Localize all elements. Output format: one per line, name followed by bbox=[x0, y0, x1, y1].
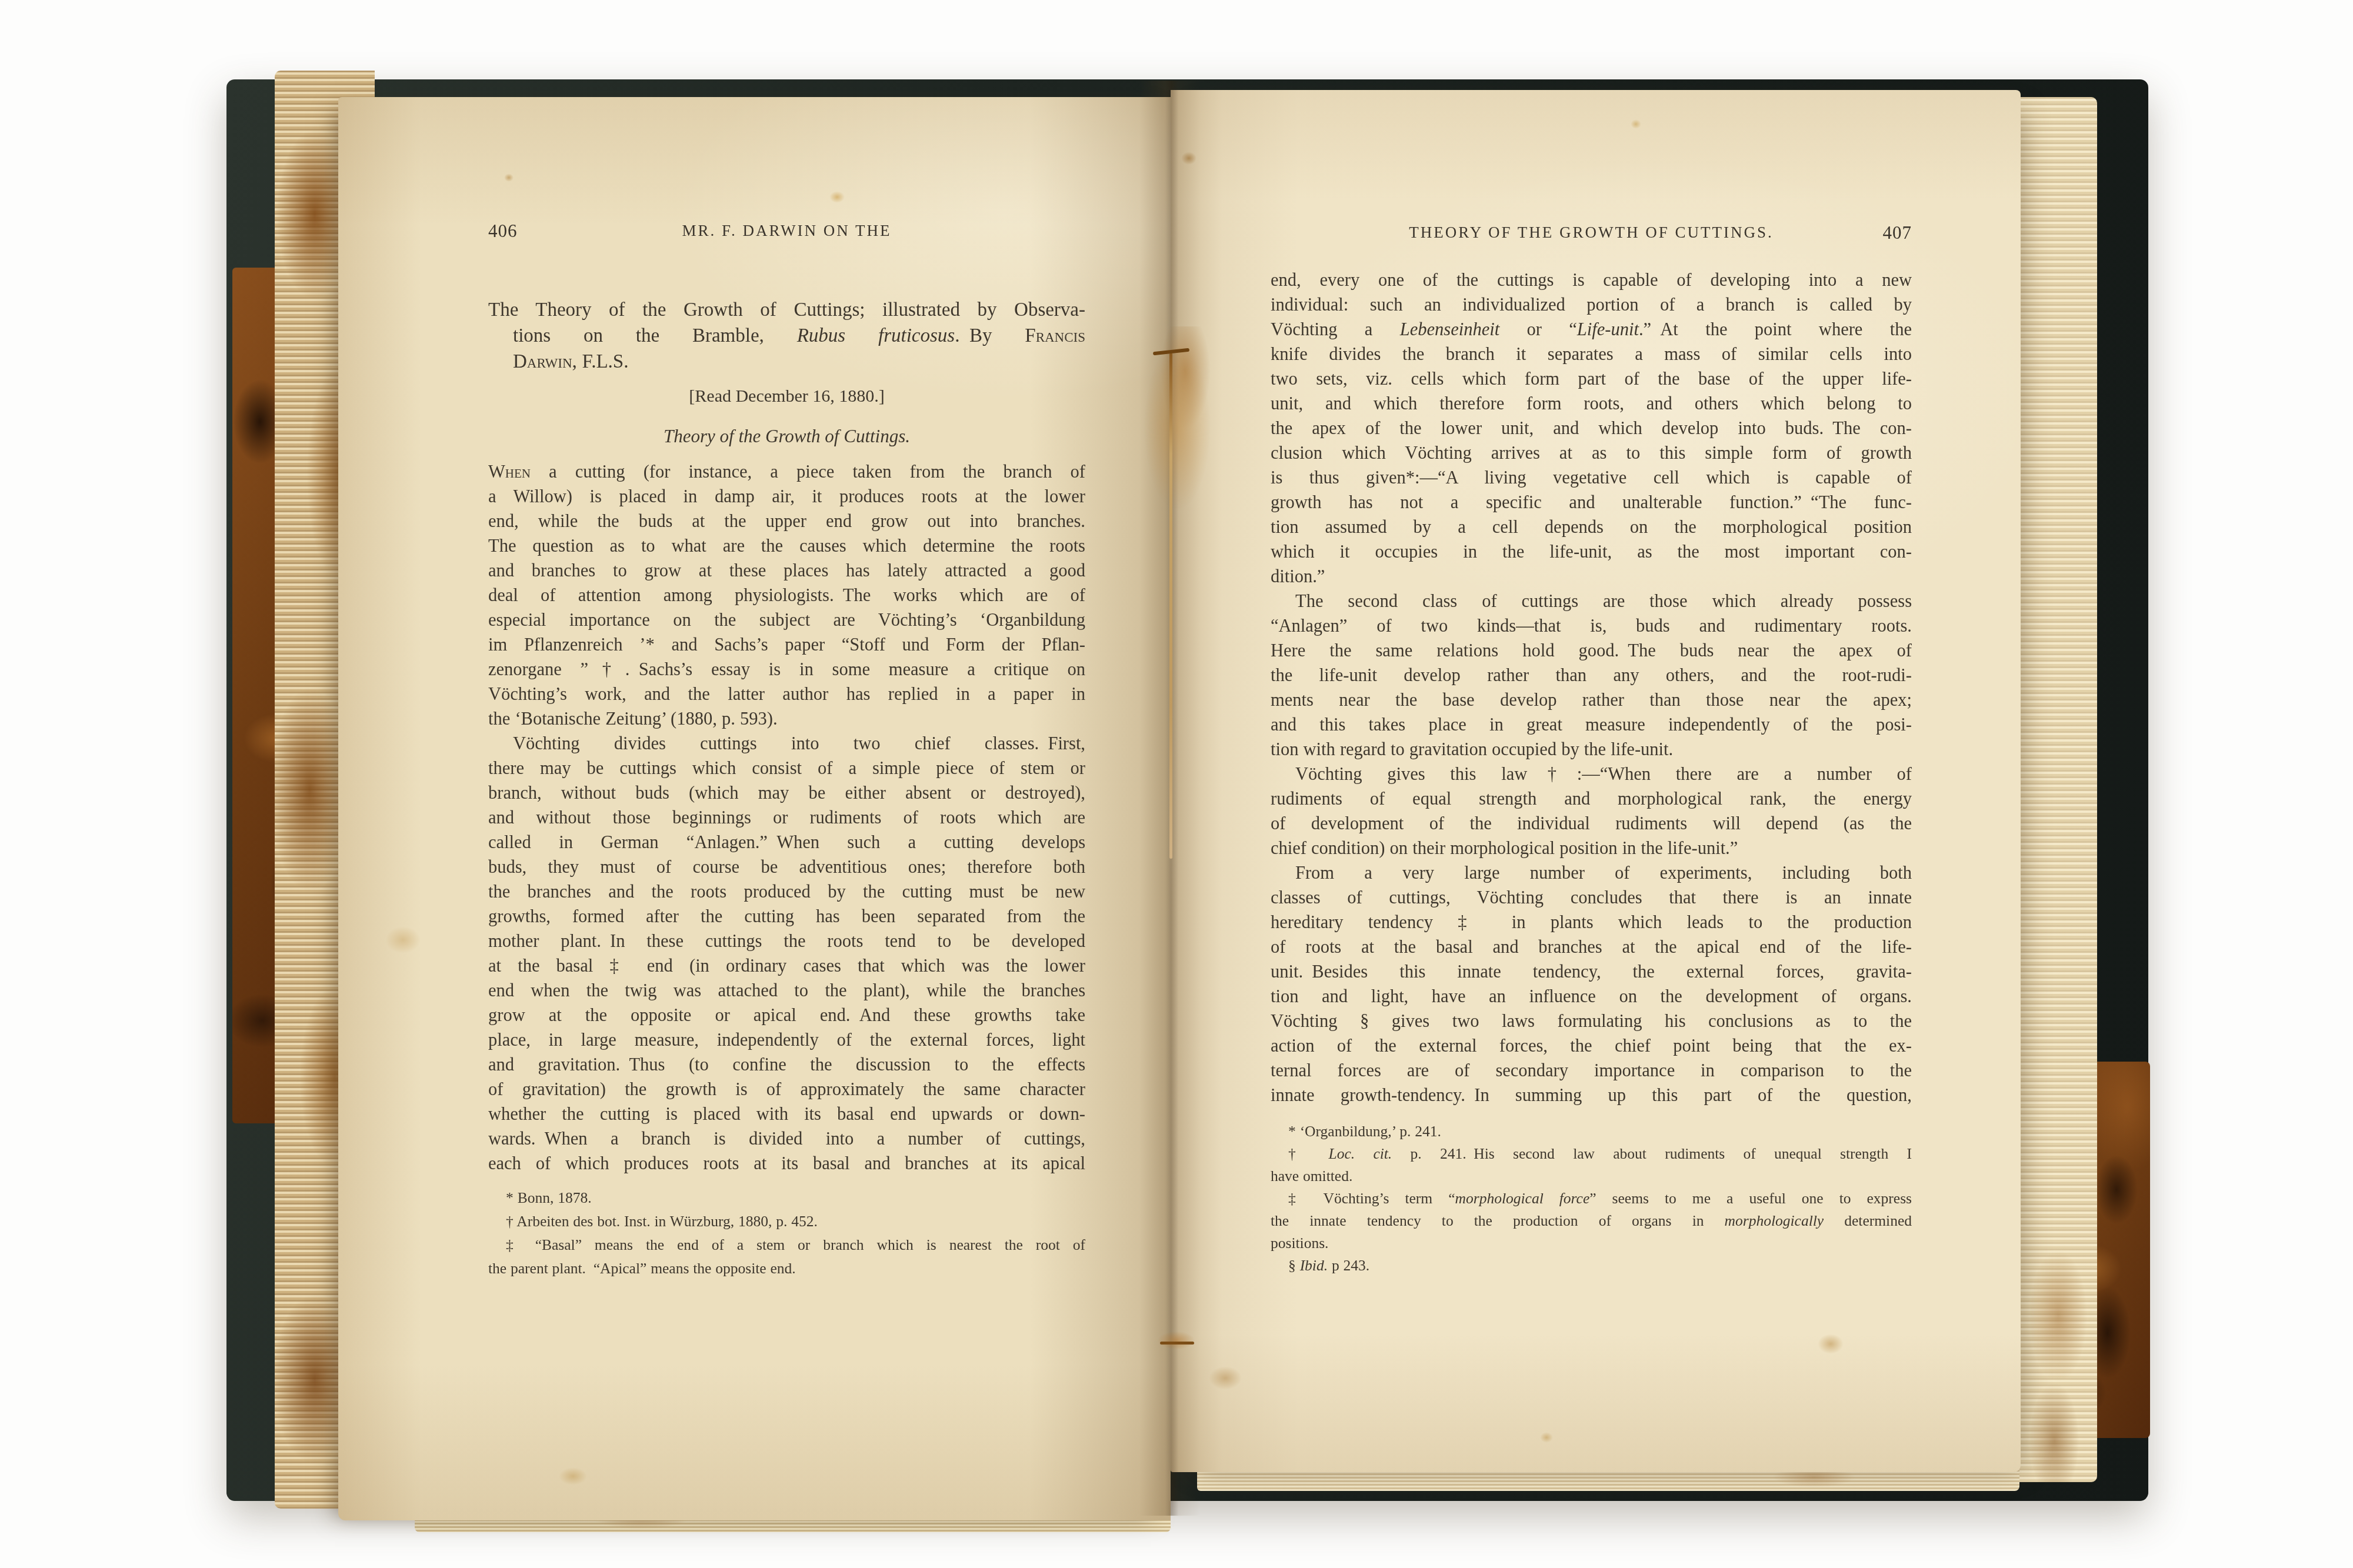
text-line: Vöchting § gives two laws formulating hi… bbox=[1271, 1009, 1912, 1033]
text-line: clusion which Vöchting arrives at as to … bbox=[1271, 441, 1912, 465]
text-line: end, while the buds at the upper end gro… bbox=[488, 509, 1085, 533]
text-line: at the basal ‡ end (in ordinary cases th… bbox=[488, 953, 1085, 978]
paragraph: ‡ Vöchting’s term “morphological force” … bbox=[1271, 1187, 1912, 1255]
text-line: When a cutting (for instance, a piece ta… bbox=[488, 459, 1085, 484]
text-line: † Arbeiten des bot. Inst. in Würzburg, 1… bbox=[488, 1210, 1085, 1233]
foxing-spot bbox=[829, 191, 845, 203]
paragraph: When a cutting (for instance, a piece ta… bbox=[488, 459, 1085, 731]
text-line: deal of attention among physiologists. T… bbox=[488, 583, 1085, 608]
text-line: there may be cuttings which consist of a… bbox=[488, 756, 1085, 780]
paragraph: end, every one of the cuttings is capabl… bbox=[1271, 268, 1912, 589]
article-title: The Theory of the Growth of Cuttings; il… bbox=[488, 297, 1085, 375]
binding-thread-top bbox=[1135, 326, 1235, 885]
left-page-text: 406 MR. F. DARWIN ON THE The Theory of t… bbox=[488, 221, 1085, 1280]
text-line: § Ibid. p 243. bbox=[1271, 1255, 1912, 1277]
text-line: tion with regard to gravitation occupied… bbox=[1271, 737, 1912, 762]
text-line: place, in large measure, independently o… bbox=[488, 1027, 1085, 1052]
text-line: the innate tendency to the production of… bbox=[1271, 1210, 1912, 1232]
foxing-spot bbox=[385, 926, 421, 953]
text-line: end when the twig was attached to the pl… bbox=[488, 978, 1085, 1003]
text-line: especial importance on the subject are V… bbox=[488, 608, 1085, 632]
right-page: THEORY OF THE GROWTH OF CUTTINGS. 407 en… bbox=[1171, 90, 2021, 1472]
text-line: branch, without buds (which may be eithe… bbox=[488, 780, 1085, 805]
paragraph: * ‘Organbildung,’ p. 241. bbox=[1271, 1120, 1912, 1143]
text-line: ments near the base develop rather than … bbox=[1271, 688, 1912, 712]
paragraph: § Ibid. p 243. bbox=[1271, 1255, 1912, 1277]
paragraph: The second class of cuttings are those w… bbox=[1271, 589, 1912, 762]
text-line: Vöchting a Lebenseinheit or “Life-unit.”… bbox=[1271, 317, 1912, 342]
text-line: the parent plant. “Apical” means the opp… bbox=[488, 1257, 1085, 1280]
foxing-spot bbox=[559, 1467, 587, 1485]
paragraph: ‡ “Basal” means the end of a stem or bra… bbox=[488, 1233, 1085, 1280]
text-line: called in German “Anlagen.” When such a … bbox=[488, 830, 1085, 855]
text-line: From a very large number of experiments,… bbox=[1271, 860, 1912, 885]
text-line: Vöchting divides cuttings into two chief… bbox=[488, 731, 1085, 756]
binding-thread-bottom bbox=[1147, 1326, 1212, 1362]
paragraph: Vöchting gives this law†:—“When there ar… bbox=[1271, 762, 1912, 860]
foxing-spot bbox=[1209, 1366, 1242, 1390]
text-line: and without those beginnings or rudiment… bbox=[488, 805, 1085, 830]
text-line: ‡ Vöchting’s term “morphological force” … bbox=[1271, 1187, 1912, 1210]
text-line: tion and light, have an influence on the… bbox=[1271, 984, 1912, 1009]
text-line: the apex of the lower unit, and which de… bbox=[1271, 416, 1912, 441]
running-header-right: THEORY OF THE GROWTH OF CUTTINGS. bbox=[1409, 223, 1774, 242]
text-line: and gravitation. Thus (to confine the di… bbox=[488, 1052, 1085, 1077]
text-line: the ‘Botanische Zeitung’ (1880, p. 593). bbox=[488, 706, 1085, 731]
left-page: 406 MR. F. DARWIN ON THE The Theory of t… bbox=[338, 97, 1171, 1520]
text-line: hereditary tendency ‡ in plants which le… bbox=[1271, 910, 1912, 935]
text-line: whether the cutting is placed with its b… bbox=[488, 1102, 1085, 1126]
body-text-left: When a cutting (for instance, a piece ta… bbox=[488, 459, 1085, 1176]
foxing-spot bbox=[1818, 1334, 1844, 1354]
text-line: Vöchting gives this law†:—“When there ar… bbox=[1271, 762, 1912, 786]
photo-background: 406 MR. F. DARWIN ON THE The Theory of t… bbox=[0, 0, 2353, 1568]
text-line: mother plant. In these cuttings the root… bbox=[488, 929, 1085, 953]
text-line: classes of cuttings, Vöchting concludes … bbox=[1271, 885, 1912, 910]
text-line: “Anlagen” of two kinds—that is, buds and… bbox=[1271, 613, 1912, 638]
open-book: 406 MR. F. DARWIN ON THE The Theory of t… bbox=[226, 15, 2159, 1551]
text-line: zenorgane ”†. Sachs’s essay is in some m… bbox=[488, 657, 1085, 682]
text-line: The question as to what are the causes w… bbox=[488, 533, 1085, 558]
text-line: The Theory of the Growth of Cuttings; il… bbox=[488, 297, 1085, 323]
text-line: growths, formed after the cutting has be… bbox=[488, 904, 1085, 929]
page-number-left: 406 bbox=[488, 221, 518, 242]
text-line: growth has not a specific and unalterabl… bbox=[1271, 490, 1912, 515]
text-line: The second class of cuttings are those w… bbox=[1271, 589, 1912, 613]
text-line: unit. Besides this innate tendency, the … bbox=[1271, 959, 1912, 984]
text-line: which it occupies in the life-unit, as t… bbox=[1271, 539, 1912, 564]
right-page-text: THEORY OF THE GROWTH OF CUTTINGS. 407 en… bbox=[1271, 222, 1912, 1277]
text-line: of gravitation) the growth is of approxi… bbox=[488, 1077, 1085, 1102]
text-line: positions. bbox=[1271, 1232, 1912, 1255]
text-line: the life-unit develop rather than any ot… bbox=[1271, 663, 1912, 688]
foxing-spot bbox=[1181, 152, 1197, 165]
text-line: rudiments of equal strength and morpholo… bbox=[1271, 786, 1912, 811]
text-line: † Loc. cit. p. 241. His second law about… bbox=[1271, 1143, 1912, 1165]
text-line: tions on the Bramble, Rubus fruticosus. … bbox=[488, 323, 1085, 349]
left-page-header: 406 MR. F. DARWIN ON THE bbox=[488, 221, 1085, 242]
paragraph: † Arbeiten des bot. Inst. in Würzburg, 1… bbox=[488, 1210, 1085, 1233]
right-page-header: THEORY OF THE GROWTH OF CUTTINGS. 407 bbox=[1271, 222, 1912, 243]
paragraph: † Loc. cit. p. 241. His second law about… bbox=[1271, 1143, 1912, 1187]
text-line: the branches and the roots produced by t… bbox=[488, 879, 1085, 904]
text-line: of development of the individual rudimen… bbox=[1271, 811, 1912, 836]
text-line: is thus given*:—“A living vegetative cel… bbox=[1271, 465, 1912, 490]
page-number-right: 407 bbox=[1883, 222, 1912, 243]
text-line: unit, and which therefore form roots, an… bbox=[1271, 391, 1912, 416]
text-line: end, every one of the cuttings is capabl… bbox=[1271, 268, 1912, 292]
paragraph: * Bonn, 1878. bbox=[488, 1186, 1085, 1210]
foxing-spot bbox=[1631, 119, 1641, 129]
text-line: innate growth-tendency. In summing up th… bbox=[1271, 1083, 1912, 1107]
paragraph: From a very large number of experiments,… bbox=[1271, 860, 1912, 1107]
text-line: buds, they must of course be adventitiou… bbox=[488, 855, 1085, 879]
section-heading: Theory of the Growth of Cuttings. bbox=[488, 426, 1085, 447]
text-line: ternal forces are of secondary importanc… bbox=[1271, 1058, 1912, 1083]
text-line: individual: such an individualized porti… bbox=[1271, 292, 1912, 317]
text-line: dition.” bbox=[1271, 564, 1912, 589]
text-line: two sets, viz. cells which form part of … bbox=[1271, 366, 1912, 391]
text-line: have omitted. bbox=[1271, 1165, 1912, 1187]
text-line: wards. When a branch is divided into a n… bbox=[488, 1126, 1085, 1151]
paragraph: Vöchting divides cuttings into two chief… bbox=[488, 731, 1085, 1176]
text-line: of roots at the basal and branches at th… bbox=[1271, 935, 1912, 959]
paragraph: The Theory of the Growth of Cuttings; il… bbox=[488, 297, 1085, 375]
text-line: ‡ “Basal” means the end of a stem or bra… bbox=[488, 1233, 1085, 1257]
page-fore-edges-right bbox=[2019, 97, 2097, 1482]
text-line: each of which produces roots at its basa… bbox=[488, 1151, 1085, 1176]
text-line: Vöchting’s work, and the latter author h… bbox=[488, 682, 1085, 706]
read-date-line: [Read December 16, 1880.] bbox=[488, 386, 1085, 406]
text-line: a Willow) is placed in damp air, it prod… bbox=[488, 484, 1085, 509]
text-line: knife divides the branch it separates a … bbox=[1271, 342, 1912, 366]
text-line: * Bonn, 1878. bbox=[488, 1186, 1085, 1210]
text-line: Darwin, F.L.S. bbox=[488, 349, 1085, 375]
footnotes-left: * Bonn, 1878.† Arbeiten des bot. Inst. i… bbox=[488, 1186, 1085, 1280]
text-line: * ‘Organbildung,’ p. 241. bbox=[1271, 1120, 1912, 1143]
foxing-spot bbox=[504, 174, 514, 182]
foxing-spot bbox=[1540, 1432, 1553, 1443]
footnotes-right: * ‘Organbildung,’ p. 241.† Loc. cit. p. … bbox=[1271, 1120, 1912, 1277]
text-line: and this takes place in great measure in… bbox=[1271, 712, 1912, 737]
text-line: im Pflanzenreich ’* and Sachs’s paper “S… bbox=[488, 632, 1085, 657]
body-text-right: end, every one of the cuttings is capabl… bbox=[1271, 268, 1912, 1107]
text-line: tion assumed by a cell depends on the mo… bbox=[1271, 515, 1912, 539]
text-line: and branches to grow at these places has… bbox=[488, 558, 1085, 583]
text-line: grow at the opposite or apical end. And … bbox=[488, 1003, 1085, 1027]
text-line: action of the external forces, the chief… bbox=[1271, 1033, 1912, 1058]
running-header-left: MR. F. DARWIN ON THE bbox=[682, 222, 892, 240]
text-line: chief condition) on their morphological … bbox=[1271, 836, 1912, 860]
text-line: Here the same relations hold good. The b… bbox=[1271, 638, 1912, 663]
